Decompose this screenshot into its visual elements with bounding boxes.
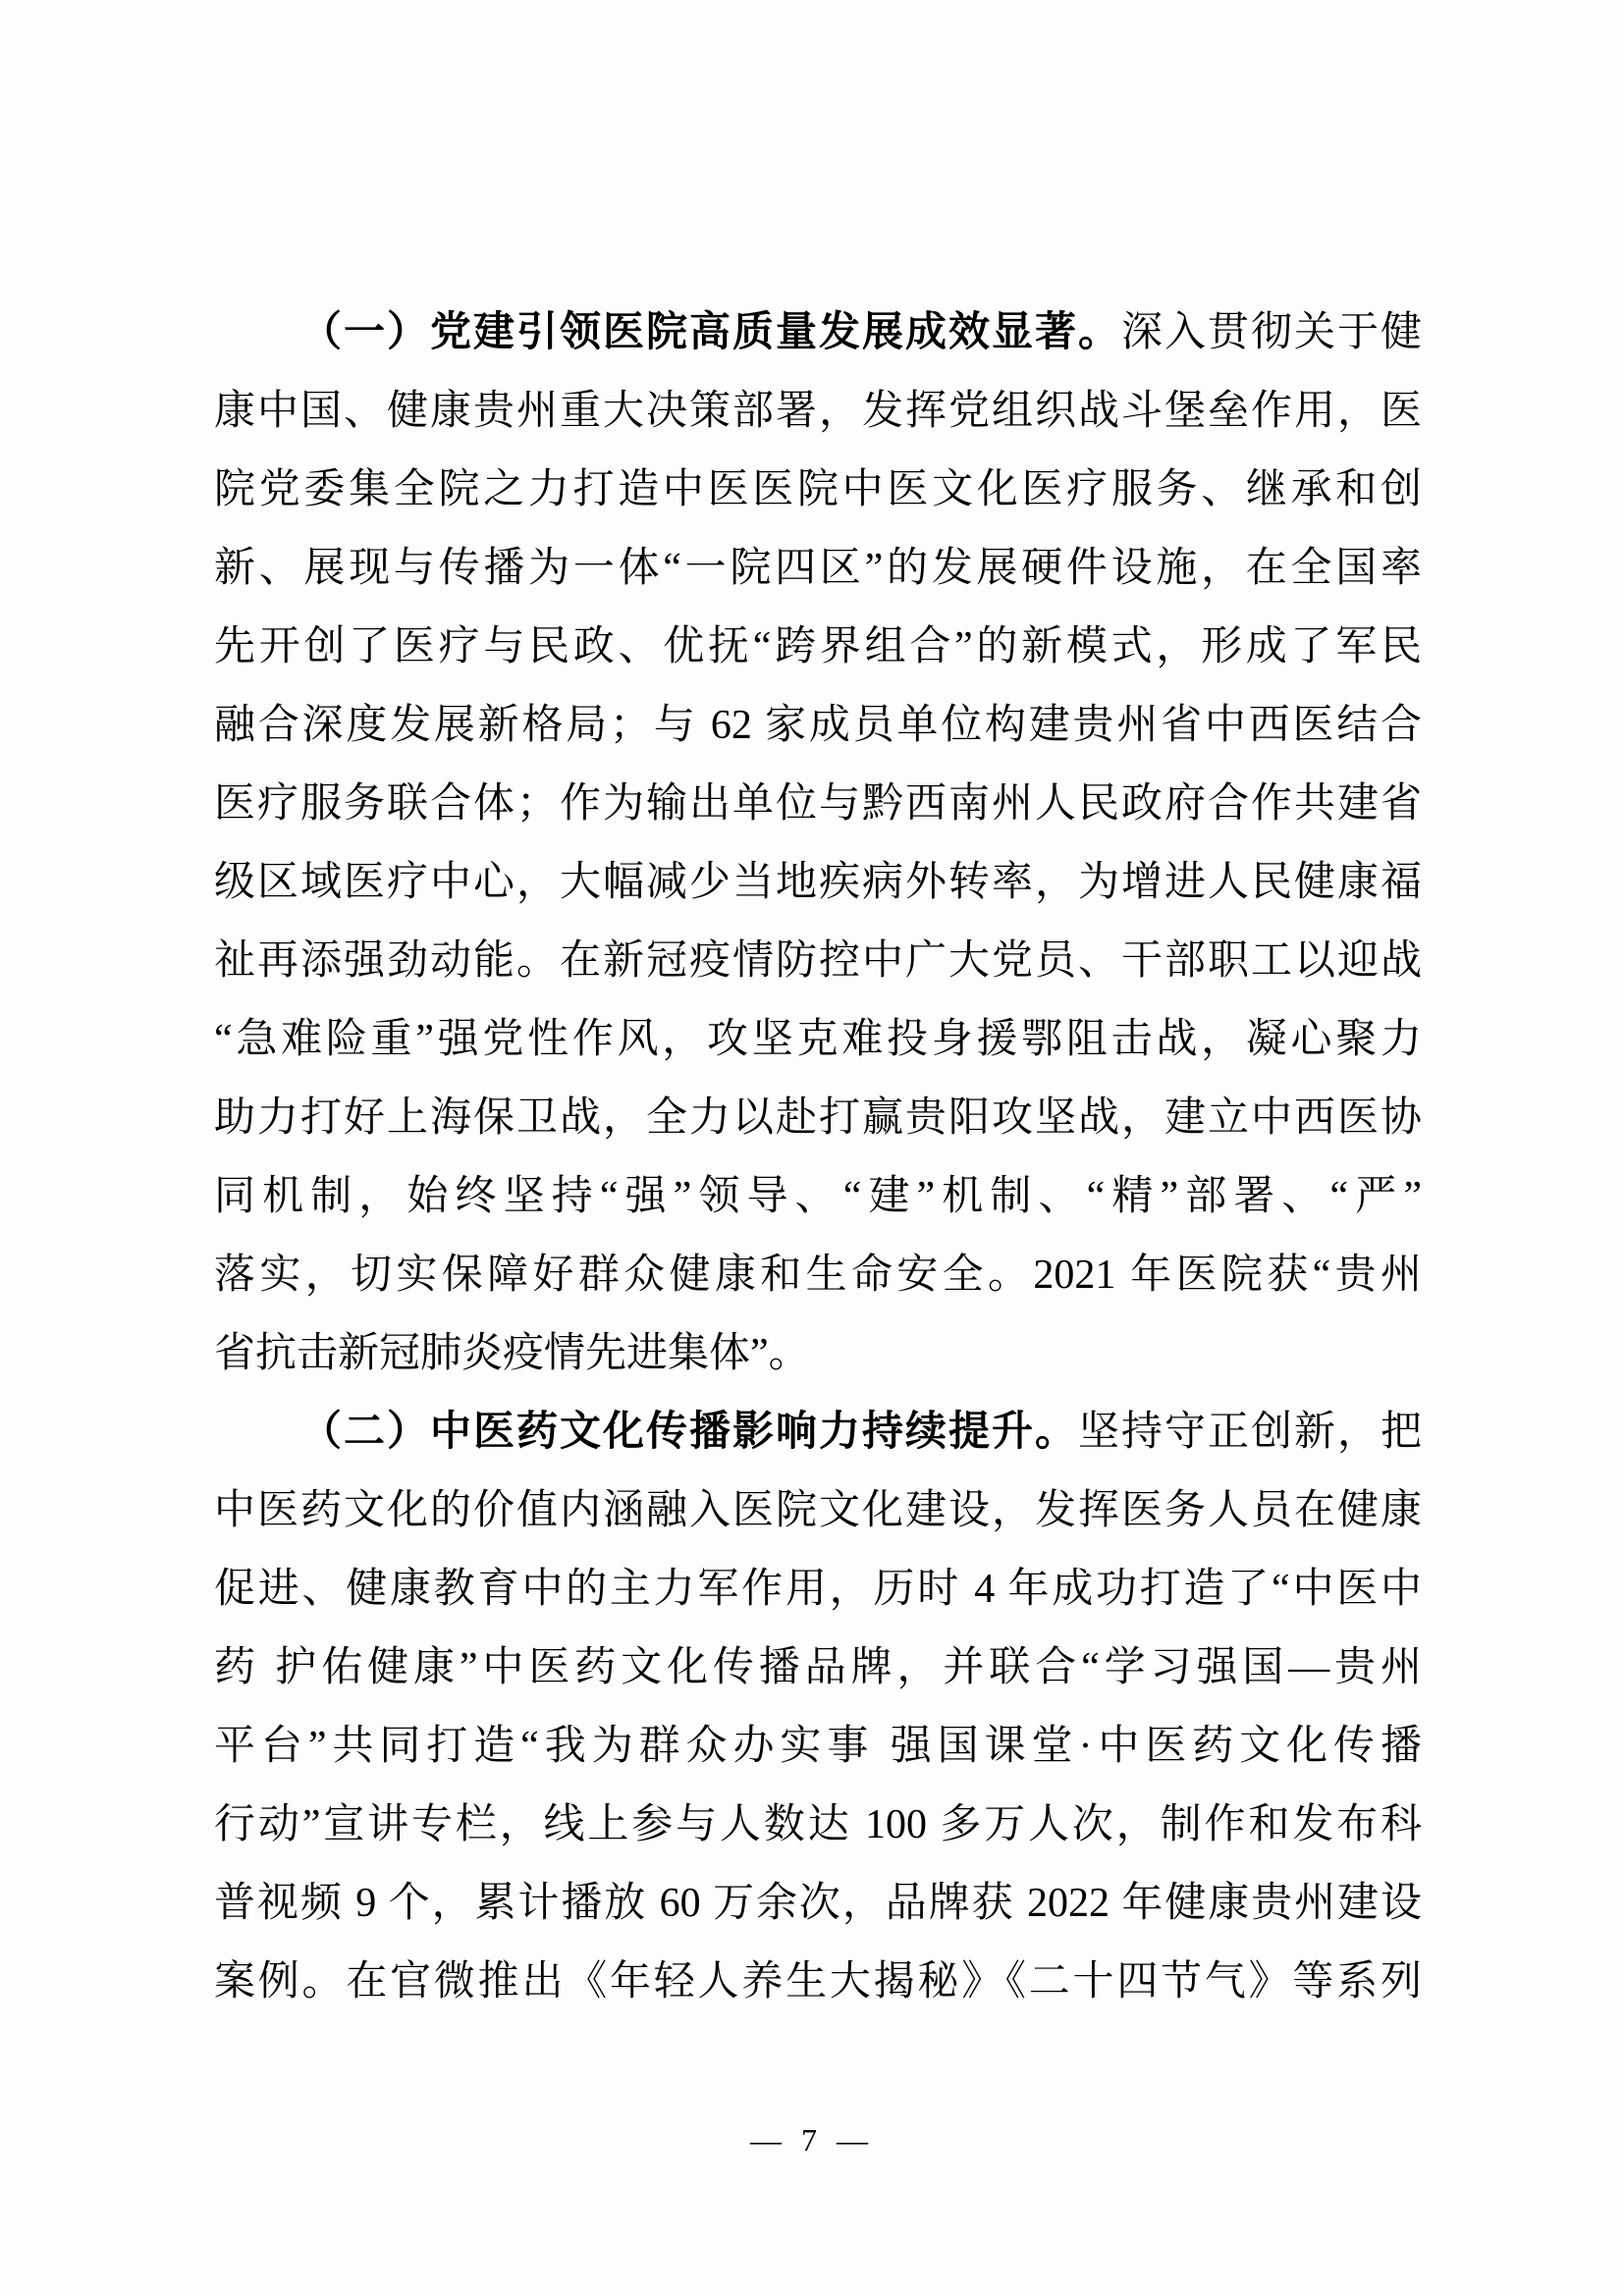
- text-line: 促进、健康教育中的主力军作用，历时 4 年成功打造了“中医中: [214, 1550, 1422, 1629]
- text-line: 中医药文化的价值内涵融入医院文化建设，发挥医务人员在健康: [214, 1471, 1422, 1550]
- text-line: 药 护佑健康”中医药文化传播品牌，并联合“学习强国—贵州: [214, 1629, 1422, 1707]
- text-line: 平台”共同打造“我为群众办实事 强国课堂·中医药文化传播: [214, 1707, 1422, 1786]
- text-line: 行动”宣讲专栏，线上参与人数达 100 多万人次，制作和发布科: [214, 1786, 1422, 1864]
- text-line: 院党委集全院之力打造中医医院中医文化医疗服务、继承和创: [214, 451, 1422, 529]
- text-line: 新、展现与传播为一体“一院四区”的发展硬件设施，在全国率: [214, 529, 1422, 608]
- text-line: 助力打好上海保卫战，全力以赴打赢贵阳攻坚战，建立中西医协: [214, 1079, 1422, 1157]
- text-line: 融合深度发展新格局；与 62 家成员单位构建贵州省中西医结合: [214, 686, 1422, 765]
- paragraph-1-heading: （一）党建引领医院高质量发展成效显著。: [300, 310, 1121, 355]
- text-line: 落实，切实保障好群众健康和生命安全。2021 年医院获“贵州: [214, 1236, 1422, 1314]
- text-line: 同机制，始终坚持“强”领导、“建”机制、“精”部署、“严”: [214, 1157, 1422, 1236]
- text-line: 案例。在官微推出《年轻人养生大揭秘》《二十四节气》等系列: [214, 1943, 1422, 2021]
- text-line: 康中国、健康贵州重大决策部署，发挥党组织战斗堡垒作用，医: [214, 372, 1422, 451]
- document-body: （一）党建引领医院高质量发展成效显著。深入贯彻关于健 康中国、健康贵州重大决策部…: [214, 294, 1422, 2021]
- paragraph-1-lead-text: 深入贯彻关于健: [1121, 310, 1422, 355]
- paragraph-2-lead-text: 坚持守正创新，把: [1078, 1410, 1422, 1455]
- page-number: — 7 —: [0, 2110, 1624, 2169]
- paragraph-2-heading: （二）中医药文化传播影响力持续提升。: [300, 1410, 1078, 1455]
- text-line: 先开创了医疗与民政、优抚“跨界组合”的新模式，形成了军民: [214, 608, 1422, 686]
- text-line: 级区域医疗中心，大幅减少当地疾病外转率，为增进人民健康福: [214, 843, 1422, 922]
- paragraph-1-last-line: 省抗击新冠肺炎疫情先进集体”。: [214, 1314, 1422, 1393]
- text-line: “急难险重”强党性作风，攻坚克难投身援鄂阻击战，凝心聚力: [214, 1000, 1422, 1079]
- paragraph-1-first-line: （一）党建引领医院高质量发展成效显著。深入贯彻关于健: [214, 294, 1422, 372]
- text-line: 祉再添强劲动能。在新冠疫情防控中广大党员、干部职工以迎战: [214, 922, 1422, 1000]
- text-line: 医疗服务联合体；作为输出单位与黔西南州人民政府合作共建省: [214, 765, 1422, 843]
- text-line: 普视频 9 个，累计播放 60 万余次，品牌获 2022 年健康贵州建设: [214, 1864, 1422, 1943]
- document-page: （一）党建引领医院高质量发展成效显著。深入贯彻关于健 康中国、健康贵州重大决策部…: [0, 0, 1624, 2296]
- paragraph-2-first-line: （二）中医药文化传播影响力持续提升。坚持守正创新，把: [214, 1393, 1422, 1471]
